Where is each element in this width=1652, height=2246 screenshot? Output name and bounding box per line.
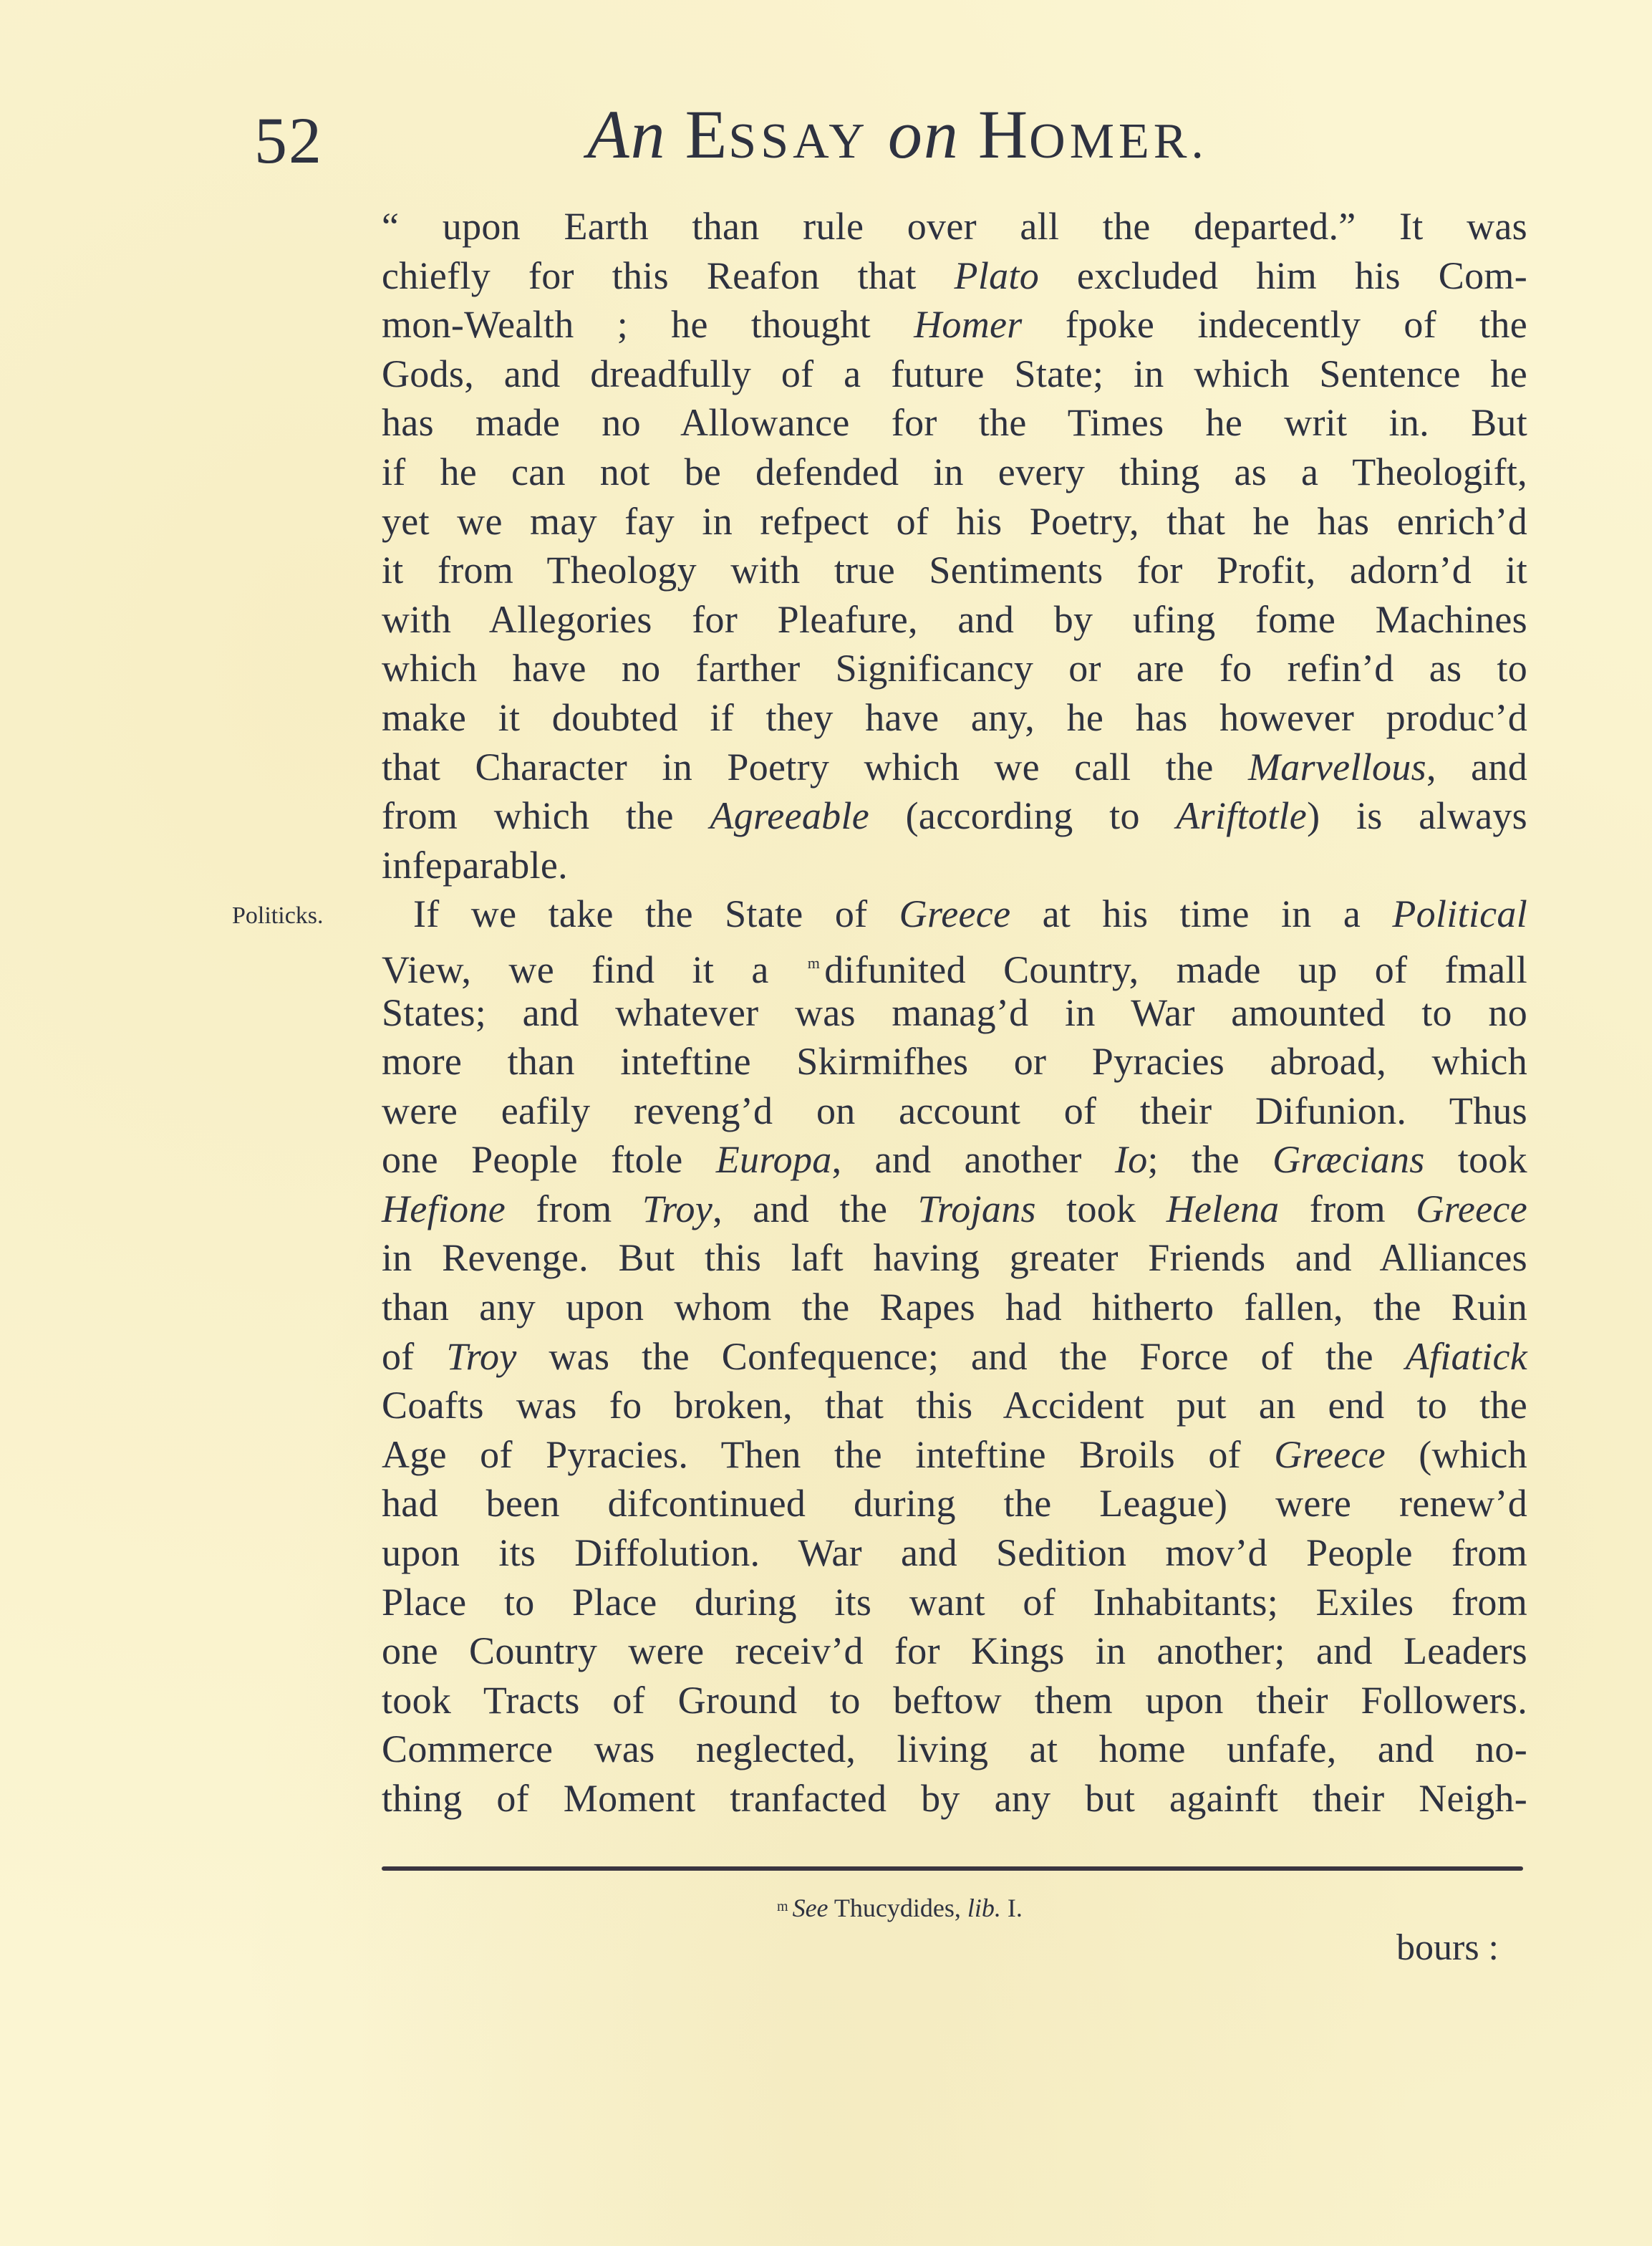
italic-term: Plato — [955, 254, 1040, 297]
text-segment: at his time in a — [1010, 892, 1392, 935]
text-line: more than inteftine Skirmifhes or Pyraci… — [382, 1037, 1527, 1086]
text-line: from which the Agreeable (according to A… — [382, 791, 1527, 841]
text-line: with Allegories for Pleafure, and by ufi… — [382, 595, 1527, 645]
text-segment: ) is always — [1307, 794, 1527, 837]
text-segment: Coafts was fo broken, that this Accident… — [382, 1384, 1527, 1427]
italic-term: Græcians — [1272, 1138, 1424, 1181]
italic-term: Marvellous — [1248, 746, 1426, 789]
footnote: mSee Thucydides, lib. I. — [777, 1895, 1023, 1921]
text-segment: which have no farther Significancy or ar… — [382, 647, 1527, 690]
title-word-on: on — [888, 96, 960, 173]
title-word-essay: ESSAY — [685, 96, 869, 173]
text-line: were eafily reveng’d on account of their… — [382, 1086, 1527, 1136]
italic-term: Hefione — [382, 1187, 506, 1230]
text-line: in Revenge. But this laft having greater… — [382, 1233, 1527, 1283]
catchword: bours : — [1396, 1929, 1499, 1967]
italic-term: Europa — [716, 1138, 832, 1181]
text-segment: with Allegories for Pleafure, and by ufi… — [382, 598, 1527, 641]
italic-term: Greece — [899, 892, 1011, 935]
title-initial: E — [685, 96, 729, 173]
footnote-see: See — [793, 1894, 829, 1922]
text-line: of Troy was the Confequence; and the For… — [382, 1332, 1527, 1382]
footnote-rule — [382, 1866, 1523, 1871]
footnote-number: I. — [1001, 1894, 1023, 1922]
text-line: that Character in Poetry which we call t… — [382, 743, 1527, 792]
text-segment: , and another — [832, 1138, 1115, 1181]
text-line: than any upon whom the Rapes had hithert… — [382, 1283, 1527, 1332]
italic-term: Io — [1115, 1138, 1148, 1181]
text-segment: in Revenge. But this laft having greater… — [382, 1236, 1527, 1279]
text-line: View, we find it a mdifunited Country, m… — [382, 939, 1527, 988]
text-line: had been difcontinued during the League)… — [382, 1479, 1527, 1528]
text-segment: thing of Moment tranfacted by any but ag… — [382, 1777, 1527, 1820]
text-segment: more than inteftine Skirmifhes or Pyraci… — [382, 1040, 1527, 1083]
text-segment: upon its Diffolution. War and Sedition m… — [382, 1531, 1527, 1574]
text-line: which have no farther Significancy or ar… — [382, 644, 1527, 693]
text-line: has made no Allowance for the Times he w… — [382, 398, 1527, 448]
text-segment: (according to — [869, 794, 1176, 837]
text-segment: mon-Wealth ; he thought — [382, 303, 914, 346]
text-segment: States; and whatever was manag’d in War … — [382, 991, 1527, 1034]
text-line: thing of Moment tranfacted by any but ag… — [382, 1774, 1527, 1823]
text-line: Coafts was fo broken, that this Accident… — [382, 1381, 1527, 1430]
text-line: chiefly for this Reafon that Plato exclu… — [382, 251, 1527, 301]
text-segment: chiefly for this Reafon that — [382, 254, 955, 297]
text-segment: from — [506, 1187, 642, 1230]
text-line: mon-Wealth ; he thought Homer fpoke inde… — [382, 300, 1527, 350]
title-word-homer: HOMER. — [978, 96, 1208, 173]
italic-term: Homer — [914, 303, 1022, 346]
running-title: An ESSAY on HOMER. — [587, 100, 1208, 169]
text-segment: had been difcontinued during the League)… — [382, 1482, 1527, 1525]
text-segment: fpoke indecently of the — [1023, 303, 1527, 346]
text-line: States; and whatever was manag’d in War … — [382, 988, 1527, 1038]
text-segment: infeparable. — [382, 844, 568, 887]
title-essay-text: ESSAY — [685, 96, 869, 173]
text-line: “ upon Earth than rule over all the depa… — [382, 202, 1527, 251]
text-segment: took — [1425, 1138, 1527, 1181]
text-segment: Commerce was neglected, living at home u… — [382, 1727, 1527, 1770]
text-segment: of — [382, 1335, 446, 1378]
title-initial: H — [978, 96, 1029, 173]
title-smallcaps: SSAY — [728, 114, 869, 169]
text-line: one Country were receiv’d for Kings in a… — [382, 1626, 1527, 1676]
text-line: infeparable. — [382, 841, 1527, 890]
footnote-lib: lib. — [967, 1894, 1001, 1922]
text-segment: excluded him his Com- — [1039, 254, 1527, 297]
margin-note-politicks: Politicks. — [232, 904, 324, 928]
title-smallcaps: OMER. — [1029, 114, 1208, 169]
text-line: Gods, and dreadfully of a future State; … — [382, 350, 1527, 399]
text-segment: than any upon whom the Rapes had hithert… — [382, 1286, 1527, 1329]
text-line: it from Theology with true Sentiments fo… — [382, 546, 1527, 595]
title-word-an: An — [587, 96, 667, 173]
text-segment: that Character in Poetry which we call t… — [382, 746, 1248, 789]
text-segment: If we take the State of — [413, 892, 899, 935]
italic-term: Trojans — [918, 1187, 1036, 1230]
italic-term: Troy — [446, 1335, 516, 1378]
text-segment: View, we find it a — [382, 948, 806, 991]
text-line: yet we may fay in refpect of his Poetry,… — [382, 497, 1527, 546]
italic-term: Political — [1392, 892, 1527, 935]
italic-term: Greece — [1416, 1187, 1527, 1230]
text-segment: “ upon Earth than rule over all the depa… — [382, 205, 1527, 248]
text-line: Age of Pyracies. Then the inteftine Broi… — [382, 1430, 1527, 1480]
text-segment: make it doubted if they have any, he has… — [382, 696, 1527, 739]
italic-term: Troy — [642, 1187, 713, 1230]
text-segment: Gods, and dreadfully of a future State; … — [382, 352, 1527, 395]
text-segment: Place to Place during its want of Inhabi… — [382, 1581, 1527, 1624]
text-line: Commerce was neglected, living at home u… — [382, 1725, 1527, 1774]
text-line: if he can not be defended in every thing… — [382, 448, 1527, 497]
italic-term: Greece — [1274, 1433, 1386, 1476]
text-segment: difunited Country, made up of fmall — [824, 948, 1527, 991]
footnote-marker: m — [777, 1899, 788, 1914]
text-segment: from which the — [382, 794, 710, 837]
text-segment: one People ftole — [382, 1138, 716, 1181]
text-segment: took Tracts of Ground to beftow them upo… — [382, 1679, 1527, 1722]
text-segment: ; the — [1148, 1138, 1273, 1181]
text-segment: yet we may fay in refpect of his Poetry,… — [382, 500, 1527, 543]
italic-term: Agreeable — [710, 794, 869, 837]
text-segment: , and — [1426, 746, 1527, 789]
body-text: “ upon Earth than rule over all the depa… — [382, 202, 1527, 1823]
book-page: 52 An ESSAY on HOMER. Politicks. “ upon … — [0, 0, 1652, 2246]
page-header: 52 An ESSAY on HOMER. — [0, 100, 1652, 186]
text-segment: was the Confequence; and the Force of th… — [517, 1335, 1406, 1378]
italic-term: Helena — [1166, 1187, 1280, 1230]
text-segment: it from Theology with true Sentiments fo… — [382, 549, 1527, 592]
footnote-source: Thucydides, — [829, 1894, 967, 1922]
text-line: one People ftole Europa, and another Io;… — [382, 1135, 1527, 1185]
text-line: If we take the State of Greece at his ti… — [382, 890, 1527, 939]
italic-term: Afiatick — [1406, 1335, 1527, 1378]
footnote-reference: m — [808, 954, 820, 972]
text-segment: has made no Allowance for the Times he w… — [382, 401, 1527, 444]
text-segment: one Country were receiv’d for Kings in a… — [382, 1629, 1527, 1672]
text-segment: from — [1279, 1187, 1416, 1230]
page-number: 52 — [254, 107, 323, 173]
text-segment: (which — [1386, 1433, 1527, 1476]
italic-term: Ariftotle — [1176, 794, 1307, 837]
text-line: make it doubted if they have any, he has… — [382, 693, 1527, 743]
text-segment: , and the — [713, 1187, 918, 1230]
text-line: took Tracts of Ground to beftow them upo… — [382, 1676, 1527, 1725]
text-segment: were eafily reveng’d on account of their… — [382, 1089, 1527, 1132]
text-segment: if he can not be defended in every thing… — [382, 450, 1527, 493]
text-line: upon its Diffolution. War and Sedition m… — [382, 1528, 1527, 1578]
text-segment: took — [1036, 1187, 1166, 1230]
text-line: Place to Place during its want of Inhabi… — [382, 1578, 1527, 1627]
text-line: Hefione from Troy, and the Trojans took … — [382, 1185, 1527, 1234]
text-segment: Age of Pyracies. Then the inteftine Broi… — [382, 1433, 1274, 1476]
